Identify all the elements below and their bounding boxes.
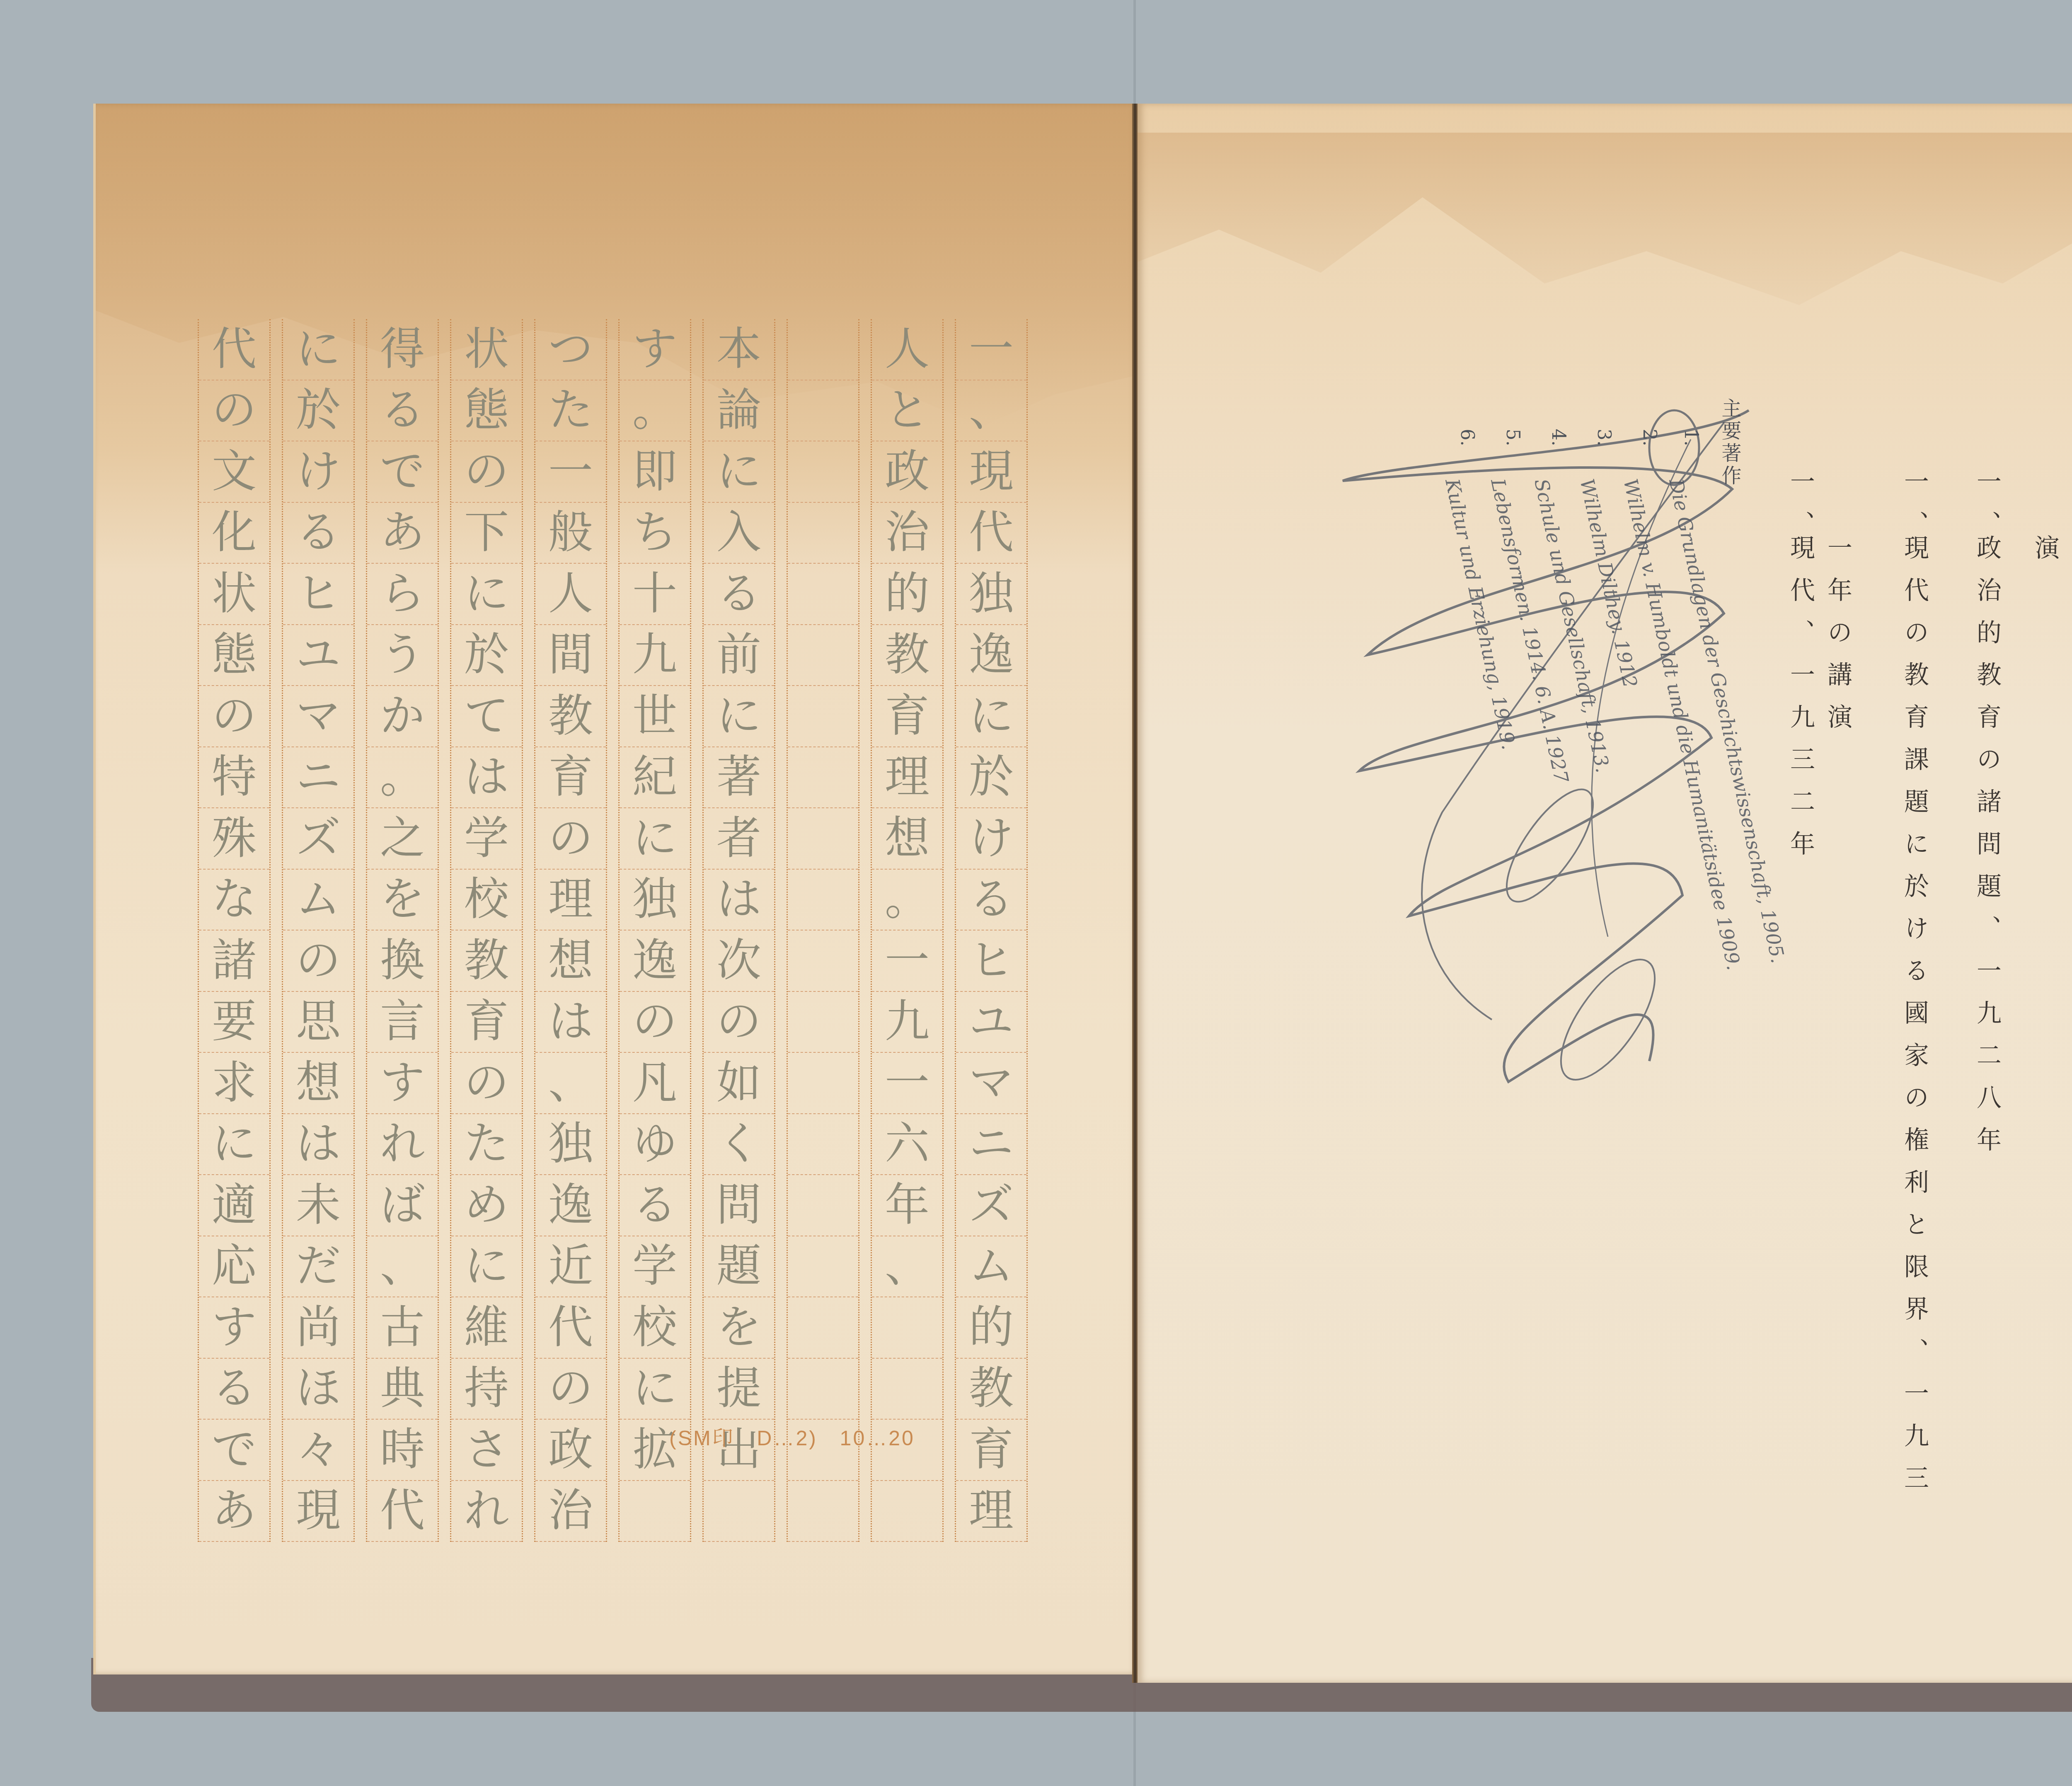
grid-cell: 治	[535, 1481, 606, 1542]
grid-cell: 逸	[956, 625, 1026, 686]
grid-cell: つ	[535, 319, 606, 380]
grid-cell: ム	[956, 1236, 1026, 1298]
code-part-3: 10…20	[840, 1427, 915, 1450]
grid-cell	[872, 1359, 942, 1420]
manuscript-column-4: 本論に入る前に著者は次の如く問題を提出	[702, 319, 775, 1542]
grid-cell: 教	[535, 686, 606, 747]
paper-maker-code: (SM印 D…2) 10…20	[669, 1422, 915, 1452]
grid-cell: ら	[367, 564, 438, 625]
grid-cell: 理	[535, 870, 606, 931]
grid-cell: の	[535, 1359, 606, 1420]
grid-cell: 適	[199, 1175, 269, 1236]
grid-cell: れ	[367, 1114, 438, 1175]
grid-cell	[788, 1481, 858, 1542]
grid-cell	[788, 747, 858, 809]
grid-cell	[788, 380, 858, 442]
grid-cell: 間	[535, 625, 606, 686]
grid-cell: 要	[199, 992, 269, 1053]
grid-cell: な	[199, 870, 269, 931]
grid-cell: 紀	[620, 747, 690, 809]
grid-cell: に	[956, 686, 1026, 747]
grid-cell: に	[620, 808, 690, 870]
grid-cell	[620, 1481, 690, 1542]
grid-cell: 著	[704, 747, 774, 809]
grid-cell	[788, 1175, 858, 1236]
grid-cell: う	[367, 625, 438, 686]
grid-cell: 文	[199, 441, 269, 503]
grid-cell	[788, 1236, 858, 1298]
grid-cell	[788, 625, 858, 686]
grid-cell: 態	[199, 625, 269, 686]
grid-cell: 現	[283, 1481, 353, 1542]
grid-cell: マ	[283, 686, 353, 747]
grid-cell: ニ	[956, 1114, 1026, 1175]
grid-cell: 古	[367, 1297, 438, 1359]
grid-cell: マ	[956, 1053, 1026, 1114]
grid-cell: 時	[367, 1420, 438, 1481]
grid-cell: れ	[451, 1481, 522, 1542]
grid-cell: 想	[872, 808, 942, 870]
grid-cell: 本	[704, 319, 774, 380]
grid-cell: で	[367, 441, 438, 503]
grid-cell: ニ	[283, 747, 353, 809]
grid-cell: の	[451, 1053, 522, 1114]
grid-cell: 求	[199, 1053, 269, 1114]
grid-cell: 提	[704, 1359, 774, 1420]
grid-cell: 。	[367, 747, 438, 809]
grid-cell	[788, 992, 858, 1053]
grid-cell: 育	[956, 1420, 1026, 1481]
grid-cell: ゆ	[620, 1114, 690, 1175]
typed-item-3: 現代、一九三二年	[1788, 535, 1813, 873]
grid-cell	[788, 808, 858, 870]
grid-cell: 九	[620, 625, 690, 686]
grid-cell: 即	[620, 441, 690, 503]
grid-cell: 教	[451, 931, 522, 992]
grid-cell	[704, 1481, 774, 1542]
grid-cell: 応	[199, 1236, 269, 1298]
grid-cell: 育	[535, 747, 606, 809]
grid-cell: 想	[283, 1053, 353, 1114]
grid-cell: に	[451, 564, 522, 625]
grid-cell: の	[704, 992, 774, 1053]
grid-cell	[788, 319, 858, 380]
grid-cell: る	[283, 503, 353, 564]
grid-cell: 学	[451, 808, 522, 870]
grid-cell: 題	[704, 1236, 774, 1298]
grid-cell: 者	[704, 808, 774, 870]
grid-cell: 、	[872, 1236, 942, 1298]
grid-cell: で	[199, 1420, 269, 1481]
grid-cell: 之	[367, 808, 438, 870]
grid-cell: さ	[451, 1420, 522, 1481]
grid-cell: の	[199, 686, 269, 747]
grid-cell: 如	[704, 1053, 774, 1114]
grid-cell: 得	[367, 319, 438, 380]
manuscript-column-1: 一、現代独逸に於けるヒユマニズム的教育理	[955, 319, 1028, 1542]
manuscript-grid: 一、現代独逸に於けるヒユマニズム的教育理人と政治的教育理想。一九一六年、本論に入…	[133, 319, 1028, 1542]
manuscript-column-6: つた一般人間教育の理想は、独逸近代の政治	[534, 319, 607, 1542]
grid-cell: 理	[956, 1481, 1026, 1542]
grid-cell: け	[956, 808, 1026, 870]
manuscript-column-8: 得るであらうか。之を換言すれば、古典時代	[366, 319, 439, 1542]
grid-cell: 世	[620, 686, 690, 747]
grid-cell: す	[199, 1297, 269, 1359]
grid-cell: 殊	[199, 808, 269, 870]
grid-cell: だ	[283, 1236, 353, 1298]
grid-cell: 一	[956, 319, 1026, 380]
grid-cell: 於	[283, 380, 353, 442]
grid-cell: 校	[451, 870, 522, 931]
grid-cell: 。	[620, 380, 690, 442]
scribble-strikethrough	[1318, 398, 1774, 1123]
grid-cell: 特	[199, 747, 269, 809]
grid-cell: 現	[956, 441, 1026, 503]
grid-cell: 下	[451, 503, 522, 564]
grid-cell: 入	[704, 503, 774, 564]
grid-cell: 十	[620, 564, 690, 625]
manuscript-column-9: に於けるヒユマニズムの思想は未だ尚ほ々現	[282, 319, 355, 1542]
grid-cell: る	[367, 380, 438, 442]
grid-cell: 未	[283, 1175, 353, 1236]
grid-cell: に	[451, 1236, 522, 1298]
section-heading: 演	[2033, 535, 2057, 577]
grid-cell	[788, 931, 858, 992]
grid-cell: 次	[704, 931, 774, 992]
grid-cell	[788, 503, 858, 564]
typed-item-2-continued: 一年の講演	[1825, 535, 1850, 746]
grid-cell: 代	[367, 1481, 438, 1542]
grid-cell	[788, 870, 858, 931]
grid-cell: 育	[872, 686, 942, 747]
grid-cell: ユ	[283, 625, 353, 686]
grid-cell: 論	[704, 380, 774, 442]
grid-cell: 状	[199, 564, 269, 625]
grid-cell: 人	[872, 319, 942, 380]
grid-cell: 、	[367, 1236, 438, 1298]
grid-cell: の	[451, 441, 522, 503]
grid-cell: 教	[956, 1359, 1026, 1420]
grid-cell	[788, 1053, 858, 1114]
grid-cell	[788, 1359, 858, 1420]
grid-cell: す	[367, 1053, 438, 1114]
grid-cell: の	[283, 931, 353, 992]
grid-cell: あ	[199, 1481, 269, 1542]
grid-cell: 於	[451, 625, 522, 686]
grid-cell	[788, 1297, 858, 1359]
grid-cell: 的	[956, 1297, 1026, 1359]
grid-cell: 代	[956, 503, 1026, 564]
grid-cell: 育	[451, 992, 522, 1053]
grid-cell: 化	[199, 503, 269, 564]
grid-cell: ム	[283, 870, 353, 931]
grid-cell: は	[704, 870, 774, 931]
grid-cell: る	[199, 1359, 269, 1420]
grid-cell: 学	[620, 1236, 690, 1298]
manuscript-column-5: す。即ち十九世紀に独逸の凡ゆる学校に拡	[618, 319, 691, 1542]
grid-cell: 治	[872, 503, 942, 564]
grid-cell	[872, 1297, 942, 1359]
grid-cell: 校	[620, 1297, 690, 1359]
grid-cell: 教	[872, 625, 942, 686]
grid-cell: 言	[367, 992, 438, 1053]
grid-cell: の	[620, 992, 690, 1053]
grid-cell	[788, 1114, 858, 1175]
grid-cell	[788, 686, 858, 747]
manuscript-column-7: 状態の下に於ては学校教育のために維持され	[450, 319, 523, 1542]
grid-cell: 維	[451, 1297, 522, 1359]
grid-cell: 凡	[620, 1053, 690, 1114]
water-stain	[1138, 133, 2072, 348]
grid-cell: あ	[367, 503, 438, 564]
grid-cell: を	[704, 1297, 774, 1359]
grid-cell: る	[620, 1175, 690, 1236]
grid-cell: 逸	[620, 931, 690, 992]
grid-cell: す	[620, 319, 690, 380]
grid-cell: か	[367, 686, 438, 747]
code-part-2: D…2)	[757, 1427, 818, 1450]
grid-cell: は	[451, 747, 522, 809]
grid-cell: を	[367, 870, 438, 931]
grid-cell: 換	[367, 931, 438, 992]
grid-cell: に	[283, 319, 353, 380]
grid-cell: 独	[956, 564, 1026, 625]
grid-cell: の	[535, 808, 606, 870]
grid-cell	[872, 1481, 942, 1542]
grid-cell: 般	[535, 503, 606, 564]
grid-cell: 問	[704, 1175, 774, 1236]
grid-cell: に	[199, 1114, 269, 1175]
grid-cell: 政	[535, 1420, 606, 1481]
grid-cell: て	[451, 686, 522, 747]
grid-cell: に	[704, 441, 774, 503]
grid-cell: 態	[451, 380, 522, 442]
grid-cell: け	[283, 441, 353, 503]
manuscript-column-10: 代の文化状態の特殊な諸要求に適応するであ	[198, 319, 271, 1542]
grid-cell: め	[451, 1175, 522, 1236]
grid-cell: 独	[620, 870, 690, 931]
grid-cell: 代	[199, 319, 269, 380]
grid-cell: 年	[872, 1175, 942, 1236]
grid-cell: ユ	[956, 992, 1026, 1053]
grid-cell: 人	[535, 564, 606, 625]
grid-cell: 、	[535, 1053, 606, 1114]
grid-cell: に	[620, 1359, 690, 1420]
grid-cell: 諸	[199, 931, 269, 992]
grid-cell	[788, 441, 858, 503]
grid-cell: ば	[367, 1175, 438, 1236]
grid-cell: 代	[535, 1297, 606, 1359]
grid-cell: は	[535, 992, 606, 1053]
grid-cell: る	[704, 564, 774, 625]
grid-cell: ズ	[283, 808, 353, 870]
typed-item-2: 現代の教育課題に於ける國家の権利と限界、一九三	[1902, 535, 1927, 1507]
grid-cell: 持	[451, 1359, 522, 1420]
grid-cell: ほ	[283, 1359, 353, 1420]
grid-cell: 近	[535, 1236, 606, 1298]
grid-cell: 状	[451, 319, 522, 380]
grid-cell: と	[872, 380, 942, 442]
grid-cell: た	[451, 1114, 522, 1175]
grid-cell: ヒ	[956, 931, 1026, 992]
grid-cell: 尚	[283, 1297, 353, 1359]
grid-cell: 一	[872, 931, 942, 992]
grid-cell: 前	[704, 625, 774, 686]
grid-cell: 想	[535, 931, 606, 992]
grid-cell: 、	[956, 380, 1026, 442]
grid-cell: 九	[872, 992, 942, 1053]
grid-cell: 逸	[535, 1175, 606, 1236]
grid-cell: た	[535, 380, 606, 442]
grid-cell: ち	[620, 503, 690, 564]
manuscript-column-3	[787, 319, 859, 1542]
grid-cell: 典	[367, 1359, 438, 1420]
grid-cell: 々	[283, 1420, 353, 1481]
typed-item-1: 政治的教育の諸問題、一九二八年	[1975, 535, 1999, 1169]
grid-cell: 一	[535, 441, 606, 503]
grid-cell: ズ	[956, 1175, 1026, 1236]
grid-cell	[788, 564, 858, 625]
code-part-1: (SM印	[669, 1427, 735, 1450]
grid-cell: 理	[872, 747, 942, 809]
grid-cell: く	[704, 1114, 774, 1175]
grid-cell: 六	[872, 1114, 942, 1175]
grid-cell: 思	[283, 992, 353, 1053]
grid-cell: に	[704, 686, 774, 747]
grid-cell: 一	[872, 1053, 942, 1114]
grid-cell: 於	[956, 747, 1026, 809]
manuscript-column-2: 人と政治的教育理想。一九一六年、	[871, 319, 944, 1542]
grid-cell: る	[956, 870, 1026, 931]
grid-cell: ヒ	[283, 564, 353, 625]
grid-cell: の	[199, 380, 269, 442]
grid-cell: は	[283, 1114, 353, 1175]
grid-cell: 的	[872, 564, 942, 625]
grid-cell: 。	[872, 870, 942, 931]
grid-cell: 政	[872, 441, 942, 503]
grid-cell: 独	[535, 1114, 606, 1175]
book-spine	[1132, 104, 1138, 1683]
